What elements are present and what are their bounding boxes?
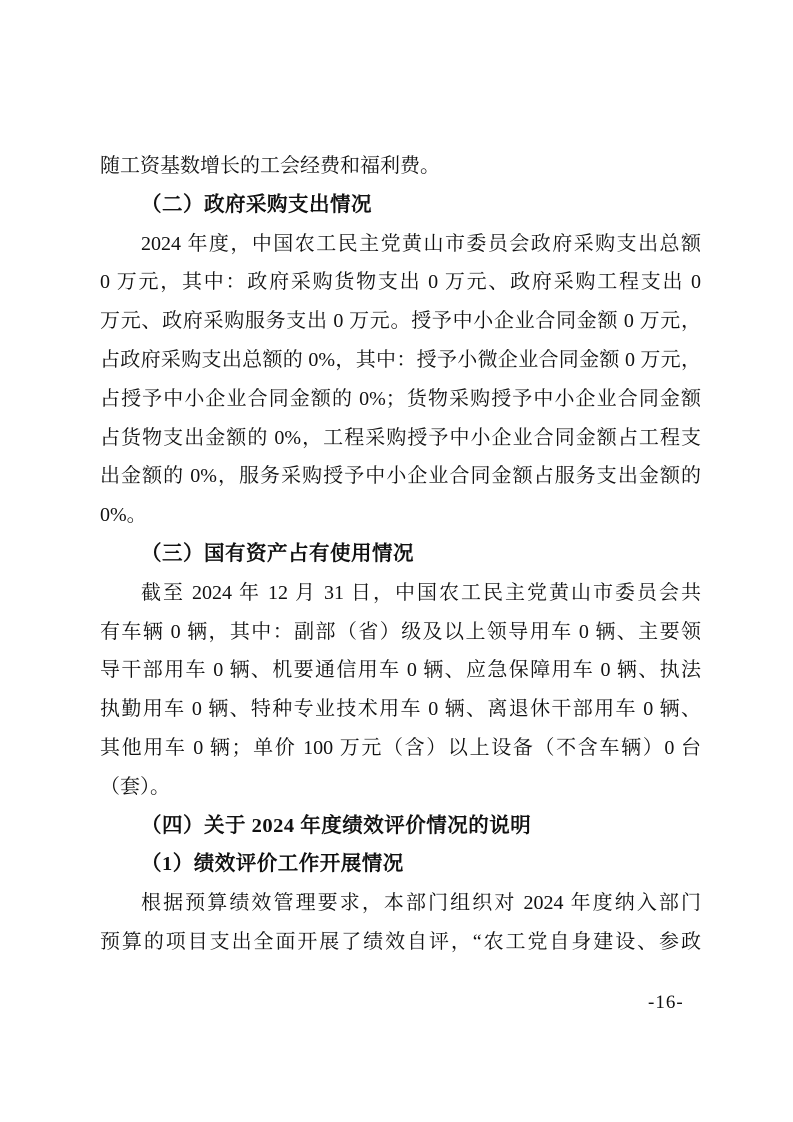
section-heading-3: （三）国有资产占有使用情况 <box>100 535 701 574</box>
body-line: 导干部用车 0 辆、机要通信用车 0 辆、应急保障用车 0 辆、执法 <box>100 651 701 690</box>
body-line: 预算的项目支出全面开展了绩效自评，“农工党自身建设、参政 <box>100 923 701 962</box>
body-line: 占授予中小企业合同金额的 0%；货物采购授予中小企业合同金额 <box>100 380 701 419</box>
document-page: 随工资基数增长的工会经费和福利费。 （二）政府采购支出情况 2024 年度，中国… <box>0 0 793 1122</box>
body-line: 执勤用车 0 辆、特种专业技术用车 0 辆、离退休干部用车 0 辆、 <box>100 690 701 729</box>
page-number: -16- <box>648 992 684 1014</box>
document-text-column: 随工资基数增长的工会经费和福利费。 （二）政府采购支出情况 2024 年度，中国… <box>100 147 701 962</box>
body-line: 0%。 <box>100 496 701 535</box>
body-line: 出金额的 0%，服务采购授予中小企业合同金额占服务支出金额的 <box>100 457 701 496</box>
body-line: 0 万元，其中：政府采购货物支出 0 万元、政府采购工程支出 0 <box>100 263 701 302</box>
body-line: 2024 年度，中国农工民主党黄山市委员会政府采购支出总额 <box>100 225 701 264</box>
body-line: 随工资基数增长的工会经费和福利费。 <box>100 147 701 186</box>
body-line: 万元、政府采购服务支出 0 万元。授予中小企业合同金额 0 万元， <box>100 302 701 341</box>
body-line: 占政府采购支出总额的 0%，其中：授予小微企业合同金额 0 万元， <box>100 341 701 380</box>
body-line: 占货物支出金额的 0%，工程采购授予中小企业合同金额占工程支 <box>100 419 701 458</box>
body-line: 有车辆 0 辆，其中：副部（省）级及以上领导用车 0 辆、主要领 <box>100 613 701 652</box>
body-line: 其他用车 0 辆；单价 100 万元（含）以上设备（不含车辆）0 台 <box>100 729 701 768</box>
body-line: 根据预算绩效管理要求，本部门组织对 2024 年度纳入部门 <box>100 884 701 923</box>
section-heading-2: （二）政府采购支出情况 <box>100 186 701 225</box>
body-line: 截至 2024 年 12 月 31 日，中国农工民主党黄山市委员会共 <box>100 574 701 613</box>
body-line: （套）。 <box>100 768 701 807</box>
section-heading-4: （四）关于 2024 年度绩效评价情况的说明 <box>100 807 701 846</box>
subsection-heading-1: （1）绩效评价工作开展情况 <box>100 845 701 884</box>
